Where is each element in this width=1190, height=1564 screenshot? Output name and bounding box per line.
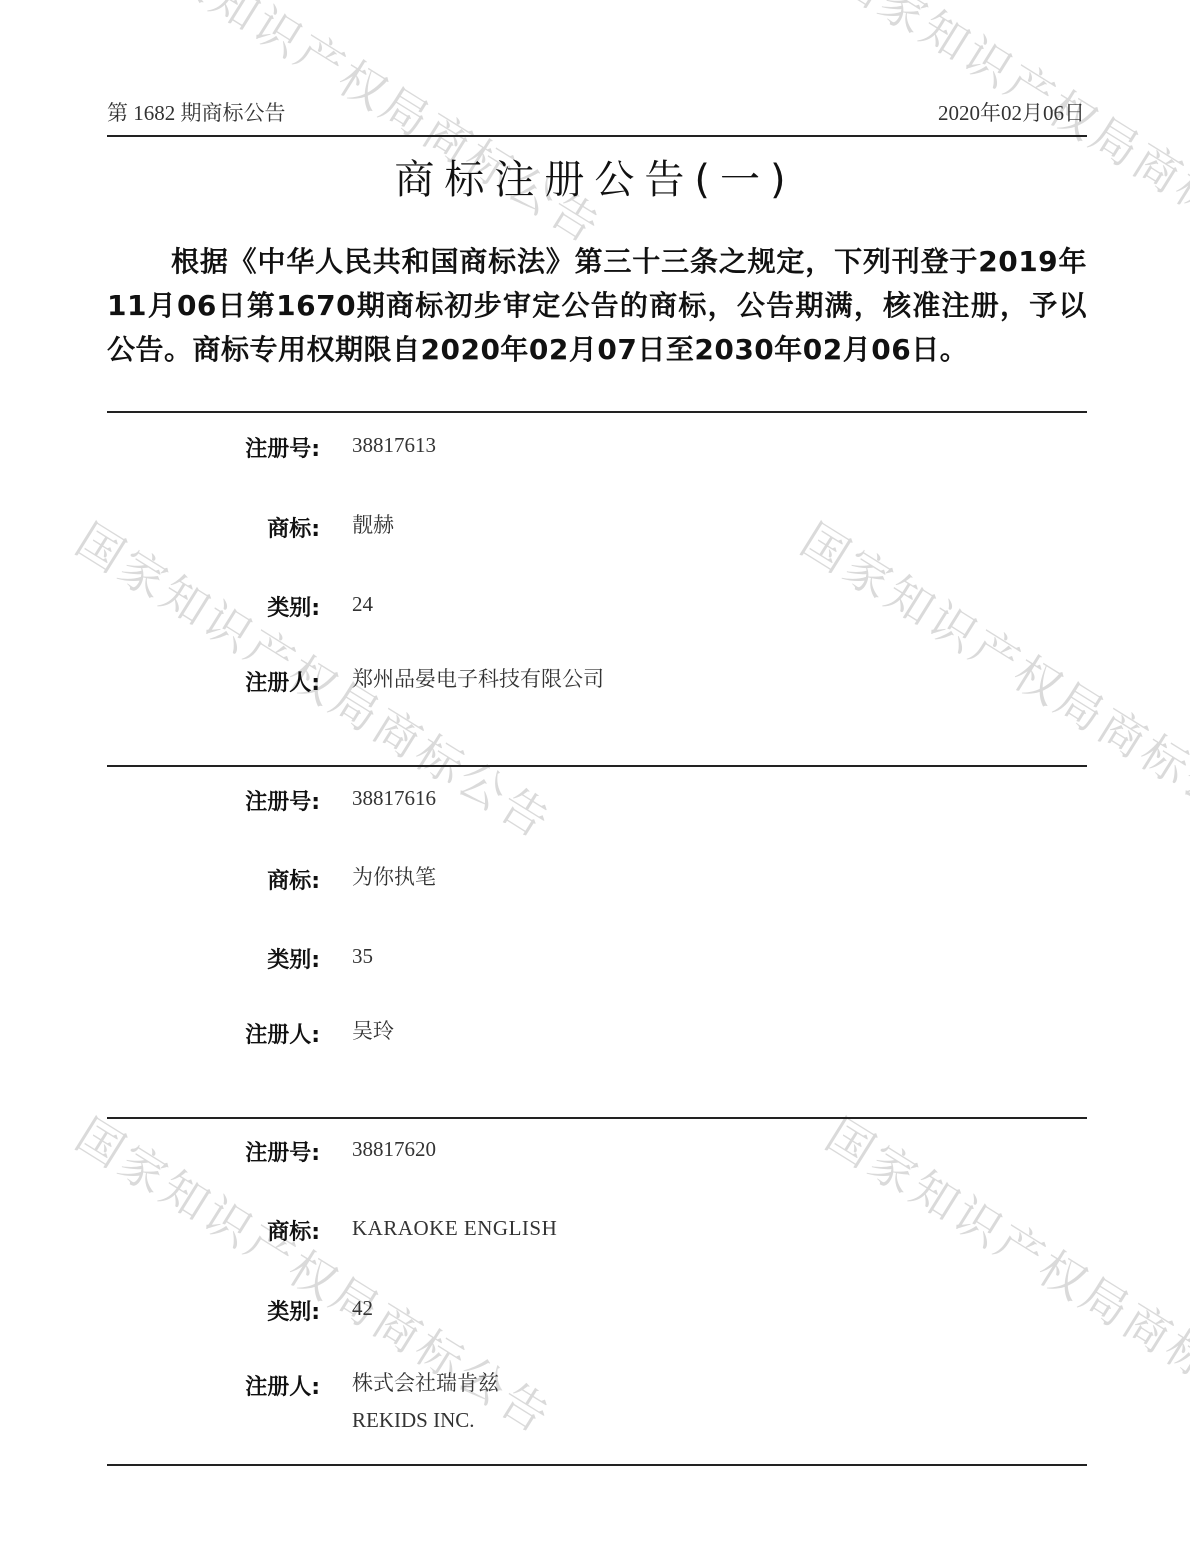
header-rule [107,135,1087,137]
field-reg-no: 注册号: 38817620 [0,1136,1190,1166]
mark-label: 商标: [267,1215,320,1246]
registrant-label: 注册人: [245,1018,320,1049]
page-title: 商标注册公告(一) [0,148,1190,205]
mark-label: 商标: [267,512,320,543]
record-divider [107,765,1087,767]
issue-number: 第 1682 期商标公告 [107,97,286,127]
registrant-value: 吴玲 [352,1014,394,1048]
registrant-label: 注册人: [245,666,320,697]
field-reg-no: 注册号: 38817616 [0,785,1190,815]
field-class: 类别: 24 [0,591,1190,621]
field-registrant-en: REKIDS INC. [0,1407,1190,1437]
class-label: 类别: [267,591,320,622]
field-reg-no: 注册号: 38817613 [0,432,1190,462]
field-class: 类别: 42 [0,1295,1190,1325]
field-registrant: 注册人: 株式会社瑞肯兹 [0,1370,1190,1400]
intro-paragraph: 根据《中华人民共和国商标法》第三十三条之规定，下列刊登于2019年11月06日第… [107,240,1087,372]
field-mark: 商标: 为你执笔 [0,864,1190,894]
reg-no-label: 注册号: [245,785,320,816]
reg-no-label: 注册号: [245,432,320,463]
mark-value: 为你执笔 [352,860,436,894]
field-registrant: 注册人: 吴玲 [0,1018,1190,1048]
footer-rule [107,1464,1087,1466]
class-value: 24 [352,587,373,621]
class-value: 42 [352,1291,373,1325]
issue-date: 2020年02月06日 [938,97,1085,127]
watermark: 国家知识产权局商标公告 [115,0,616,257]
reg-no-value: 38817620 [352,1132,436,1166]
field-registrant: 注册人: 郑州品晏电子科技有限公司 [0,666,1190,696]
registrant-en-value: REKIDS INC. [352,1403,475,1437]
field-mark: 商标: KARAOKE ENGLISH [0,1215,1190,1245]
reg-no-value: 38817613 [352,428,436,462]
registrant-value: 郑州品晏电子科技有限公司 [352,662,604,696]
class-value: 35 [352,939,373,973]
reg-no-label: 注册号: [245,1136,320,1167]
record-divider [107,1117,1087,1119]
reg-no-value: 38817616 [352,781,436,815]
class-label: 类别: [267,1295,320,1326]
record-divider [107,411,1087,413]
mark-value: KARAOKE ENGLISH [352,1211,557,1245]
registrant-value: 株式会社瑞肯兹 [352,1366,499,1400]
mark-label: 商标: [267,864,320,895]
mark-value: 靓赫 [352,508,394,542]
registrant-label: 注册人: [245,1370,320,1401]
field-class: 类别: 35 [0,943,1190,973]
field-mark: 商标: 靓赫 [0,512,1190,542]
class-label: 类别: [267,943,320,974]
